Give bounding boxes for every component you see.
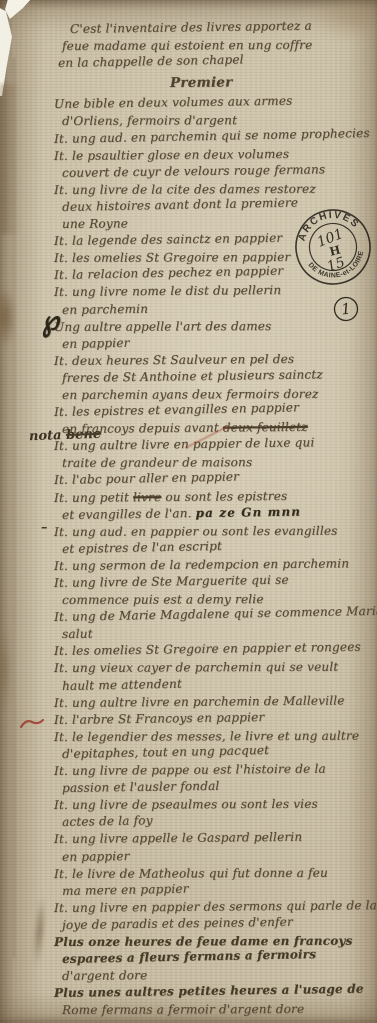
manuscript-page: C'est l'inventaire des livres apportez a… bbox=[0, 0, 377, 1023]
inventory-line: It. les omelies St Gregoire en pappier e… bbox=[54, 639, 376, 661]
line-segment: Une bible en deux volumes aux armes bbox=[54, 94, 293, 111]
line-segment: Premier bbox=[170, 75, 233, 92]
line-segment: Rome fermans a fermoir d'argent dore bbox=[62, 1002, 304, 1017]
line-segment: couvert de cuyr de velours rouge fermans bbox=[62, 162, 325, 180]
line-segment: It. ung livre nome le dist du pellerin bbox=[54, 283, 281, 299]
line-segment: en la chappelle de son chapel bbox=[58, 53, 244, 71]
line-segment: en pappier bbox=[62, 335, 130, 350]
inventory-line: It. ung aultre livre en pappier de luxe … bbox=[54, 434, 376, 456]
inventory-line: Plus unes aultres petites heures a l'usa… bbox=[54, 981, 376, 1003]
line-segment: salut bbox=[62, 627, 93, 641]
line-segment: It. les epistres et evangilles en pappie… bbox=[54, 400, 299, 419]
line-segment: d'argent dore bbox=[62, 968, 147, 983]
inventory-line: It. ung livre de Ste Marguerite qui se bbox=[54, 571, 376, 593]
line-segment: It. l'arbre St Francoys en pappier bbox=[54, 710, 265, 727]
inventory-line: passion et l'ausler fondal bbox=[62, 776, 376, 797]
folio-number: 1 bbox=[340, 300, 351, 319]
line-segment: It. l'abc pour aller en pappier bbox=[54, 470, 239, 488]
manuscript-text: C'est l'inventaire des livres apportez a… bbox=[54, 21, 376, 1019]
line-segment: d'Orliens, fermoirs d'argent bbox=[62, 114, 237, 129]
line-segment: It. ung livre de pappe ou est l'histoire… bbox=[54, 762, 326, 778]
line-segment: Ung aultre appelle l'art des dames bbox=[54, 319, 272, 334]
line-segment: deux histoires avant dont la premiere bbox=[62, 195, 298, 214]
line-segment: ma mere en pappier bbox=[62, 881, 189, 897]
margin-note-nota: nota bene bbox=[29, 427, 102, 445]
folio-number-badge: 1 bbox=[331, 295, 361, 325]
line-segment: It. ung aultre livre en parchemin de Mal… bbox=[54, 693, 345, 710]
line-segment: esparees a fleurs fermans a fermoirs bbox=[62, 947, 316, 966]
struck-text: deux feuilletz bbox=[223, 420, 308, 435]
line-segment: et evangilles de l'an. bbox=[62, 506, 196, 522]
line-segment: et epistres de l'an escript bbox=[62, 539, 222, 556]
inventory-line: joye de paradis et des peines d'enfer bbox=[62, 912, 376, 933]
header-line: C'est l'inventaire des livres apportez a bbox=[70, 17, 376, 38]
line-segment: It. ung petit bbox=[54, 490, 133, 505]
red-check-mark bbox=[19, 716, 45, 730]
inventory-line: Rome fermans a fermoir d'argent dore bbox=[62, 1001, 376, 1019]
line-segment: joye de paradis et des peines d'enfer bbox=[62, 915, 293, 932]
line-segment: It. ung livre appelle le Gaspard pelleri… bbox=[54, 830, 302, 846]
line-segment: It. ung livre en pappier des sermons qui… bbox=[54, 898, 377, 915]
line-segment: It. deux heures St Saulveur en pel des bbox=[54, 352, 294, 368]
line-segment: It. ung livre de Ste Marguerite qui se bbox=[54, 573, 289, 590]
line-segment: passion et l'ausler fondal bbox=[62, 779, 220, 795]
line-segment: Plus unes aultres petites heures a l'usa… bbox=[54, 982, 364, 1000]
inventory-line: Une bible en deux volumes aux armes bbox=[54, 92, 376, 114]
paper-stain bbox=[0, 84, 20, 234]
added-bold-text: pa ze Gn mnn bbox=[196, 504, 302, 519]
line-segment: ou sont les epistres bbox=[161, 488, 287, 503]
inventory-line: freres de St Anthoine et plusieurs sainc… bbox=[62, 365, 376, 386]
torn-edge bbox=[0, 6, 12, 96]
nota-label: nota bbox=[29, 428, 62, 444]
inventory-line: et evangilles de l'an. pa ze Gn mnn bbox=[62, 502, 376, 523]
paper-stain bbox=[31, 896, 48, 967]
line-segment: d'epitaphes, tout en ung pacquet bbox=[62, 743, 269, 761]
line-segment: en parchemin bbox=[62, 301, 148, 316]
line-segment: It. le psaultier glose en deux volumes bbox=[54, 147, 289, 163]
section-heading: Premier bbox=[170, 73, 376, 92]
line-segment: actes de la foy bbox=[62, 814, 153, 830]
line-segment: It. les omelies St Gregoire en pappier e… bbox=[54, 640, 361, 658]
line-segment: It. la legende des sainctz en pappier bbox=[54, 231, 282, 248]
struck-text: livre bbox=[133, 490, 161, 504]
inventory-line: couvert de cuyr de velours rouge fermans bbox=[62, 160, 376, 181]
line-segment: It. la relacion des pechez en pappier bbox=[54, 264, 284, 282]
torn-corner bbox=[5, 0, 32, 19]
line-segment: en pappier bbox=[62, 849, 130, 864]
line-segment: une Royne bbox=[62, 216, 128, 231]
line-segment: It. ung sermon de la redempcion en parch… bbox=[54, 556, 349, 573]
page-crease bbox=[13, 58, 15, 958]
inventory-line: It. l'arbre St Francoys en pappier bbox=[54, 707, 376, 729]
paper-stain bbox=[0, 626, 12, 712]
margin-dash: – bbox=[41, 520, 48, 535]
line-segment: hault me attendent bbox=[62, 676, 182, 692]
line-segment: C'est l'inventaire des livres apportez a bbox=[70, 19, 312, 36]
struck-text: bene bbox=[66, 427, 102, 443]
line-segment: freres de St Anthoine et plusieurs sainc… bbox=[62, 367, 323, 385]
